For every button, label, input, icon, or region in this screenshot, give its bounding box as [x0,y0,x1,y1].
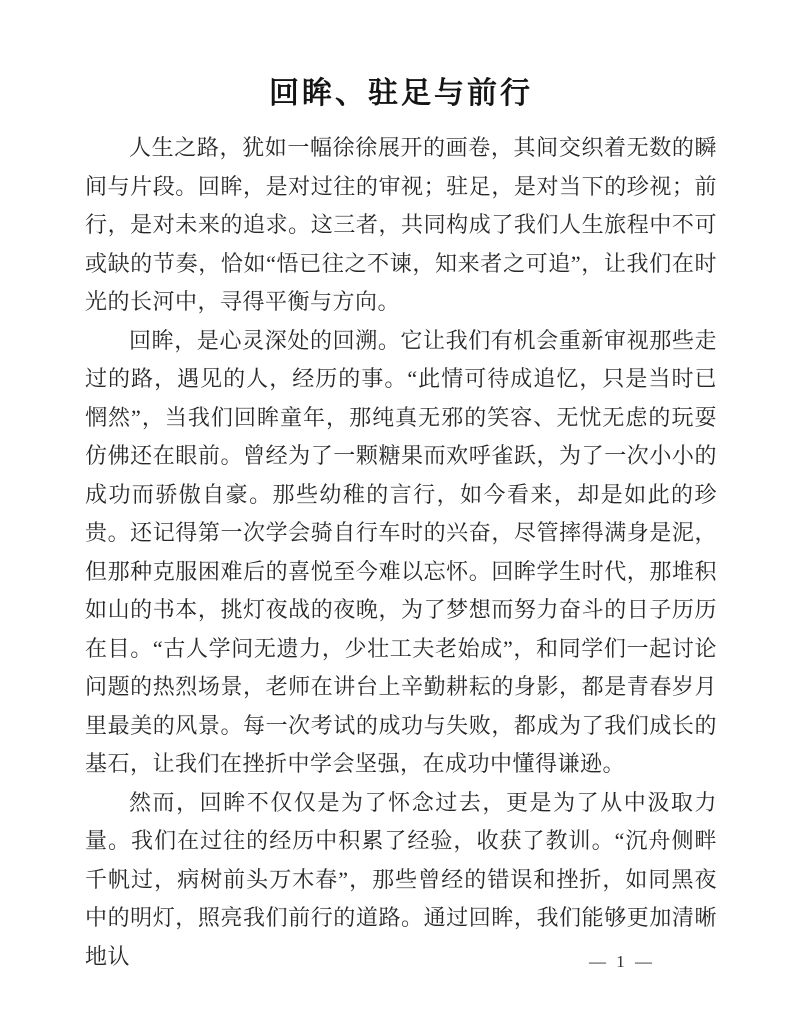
essay-paragraph-2: 回眸，是心灵深处的回溯。它让我们有机会重新审视那些走过的路，遇见的人，经历的事。… [85,322,717,784]
document-page: 回眸、驻足与前行 人生之路，犹如一幅徐徐展开的画卷，其间交织着无数的瞬间与片段。… [0,0,800,1014]
page-number: — 1 — [589,952,655,972]
essay-paragraph-3: 然而，回眸不仅仅是为了怀念过去，更是为了从中汲取力量。我们在过往的经历中积累了经… [85,784,717,977]
essay-paragraph-1: 人生之路，犹如一幅徐徐展开的画卷，其间交织着无数的瞬间与片段。回眸，是对过往的审… [85,129,717,322]
essay-body: 人生之路，犹如一幅徐徐展开的画卷，其间交织着无数的瞬间与片段。回眸，是对过往的审… [85,129,717,976]
essay-title: 回眸、驻足与前行 [85,68,717,112]
